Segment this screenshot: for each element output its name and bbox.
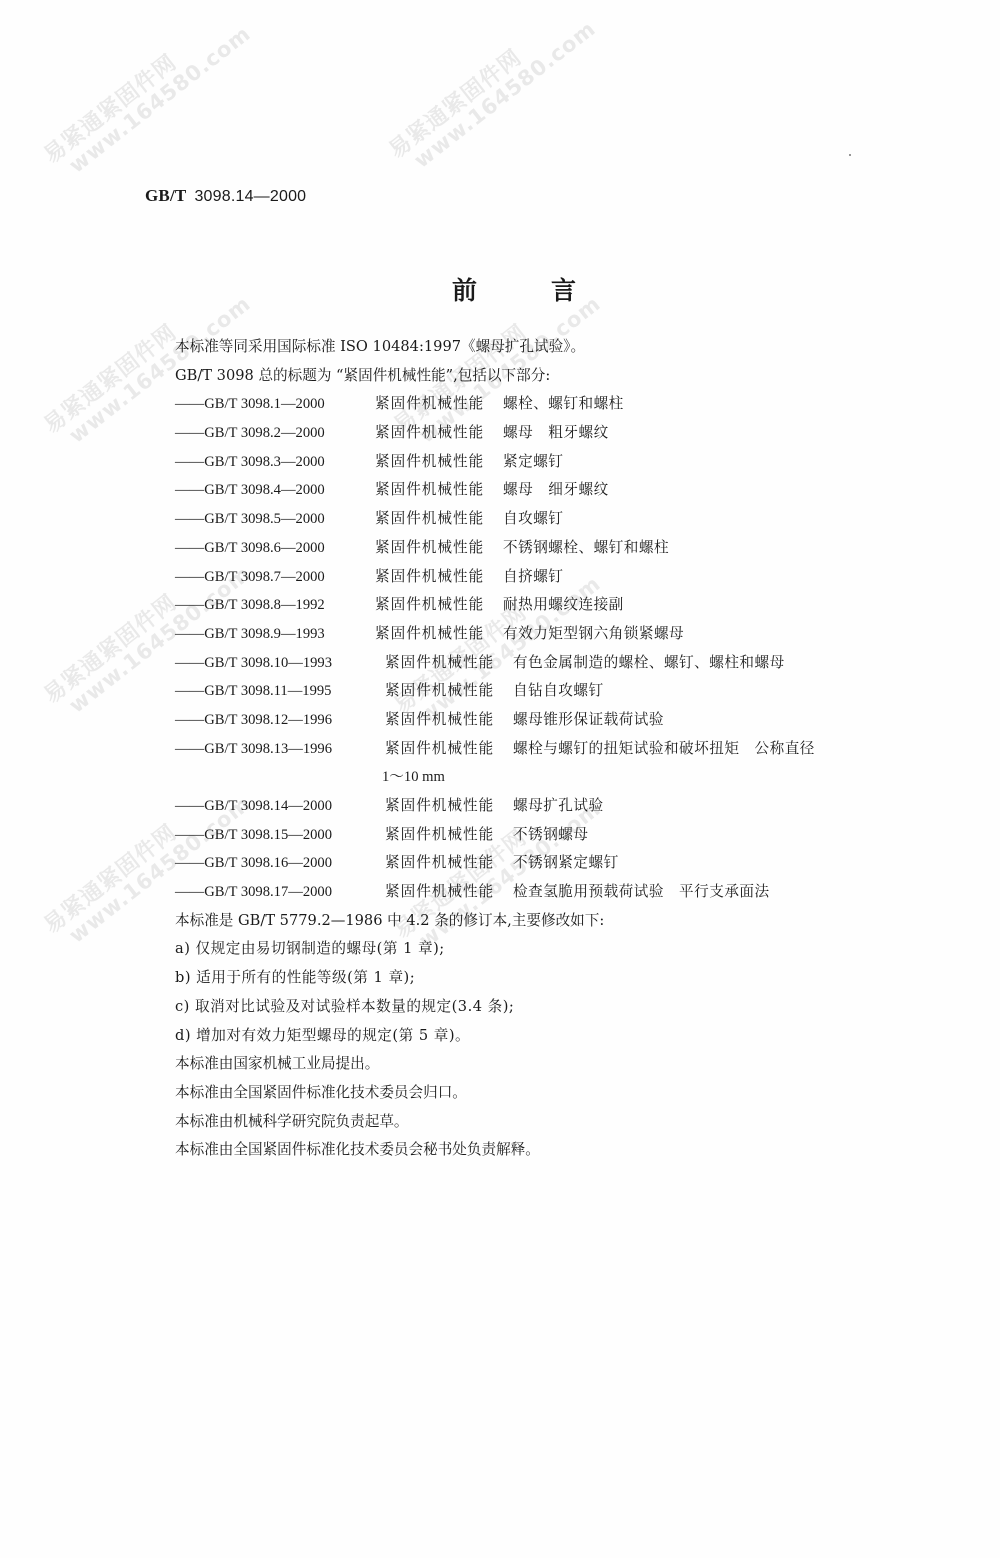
closing-line: 本标准由全国紧固件标准化技术委员会秘书处负责解释。 bbox=[175, 1136, 915, 1165]
revision-item: c) 取消对比试验及对试验样本数量的规定(3.4 条); bbox=[175, 993, 915, 1022]
parts-list: ——GB/T 3098.1—2000紧固件机械性能螺栓、螺钉和螺柱 ——GB/T… bbox=[175, 390, 915, 906]
scan-speck bbox=[849, 154, 851, 156]
list-item: ——GB/T 3098.10—1993紧固件机械性能有色金属制造的螺栓、螺钉、螺… bbox=[175, 649, 915, 678]
closing-line: 本标准由机械科学研究院负责起草。 bbox=[175, 1108, 915, 1137]
watermark: 易紧通紧固件网www.164580.com bbox=[40, 4, 255, 186]
list-item: ——GB/T 3098.12—1996紧固件机械性能螺母锥形保证载荷试验 bbox=[175, 706, 915, 735]
intro-line: GB/T 3098 总的标题为 “紧固件机械性能”,包括以下部分: bbox=[175, 362, 915, 391]
list-item: ——GB/T 3098.16—2000紧固件机械性能不锈钢紧定螺钉 bbox=[175, 849, 915, 878]
list-item: ——GB/T 3098.14—2000紧固件机械性能螺母扩孔试验 bbox=[175, 792, 915, 821]
document-body: 本标准等同采用国际标准 ISO 10484:1997《螺母扩孔试验》。 GB/T… bbox=[175, 333, 915, 1165]
list-item: ——GB/T 3098.8—1992紧固件机械性能耐热用螺纹连接副 bbox=[175, 591, 915, 620]
intro-line: 本标准等同采用国际标准 ISO 10484:1997《螺母扩孔试验》。 bbox=[175, 333, 915, 362]
revision-item: b) 适用于所有的性能等级(第 1 章); bbox=[175, 964, 915, 993]
list-item: ——GB/T 3098.11—1995紧固件机械性能自钻自攻螺钉 bbox=[175, 677, 915, 706]
revision-list: a) 仅规定由易切钢制造的螺母(第 1 章); b) 适用于所有的性能等级(第 … bbox=[175, 935, 915, 1050]
closing-statements: 本标准由国家机械工业局提出。 本标准由全国紧固件标准化技术委员会归口。 本标准由… bbox=[175, 1050, 915, 1165]
closing-line: 本标准由全国紧固件标准化技术委员会归口。 bbox=[175, 1079, 915, 1108]
list-item: ——GB/T 3098.15—2000紧固件机械性能不锈钢螺母 bbox=[175, 821, 915, 850]
list-item: ——GB/T 3098.3—2000紧固件机械性能紧定螺钉 bbox=[175, 448, 915, 477]
standard-number: 3098.14—2000 bbox=[194, 188, 306, 205]
revision-item: a) 仅规定由易切钢制造的螺母(第 1 章); bbox=[175, 935, 915, 964]
list-item: ——GB/T 3098.13—1996紧固件机械性能螺栓与螺钉的扭矩试验和破坏扭… bbox=[175, 735, 915, 764]
watermark: 易紧通紧固件网www.164580.com bbox=[385, 0, 600, 181]
closing-line: 本标准由国家机械工业局提出。 bbox=[175, 1050, 915, 1079]
list-item: ——GB/T 3098.7—2000紧固件机械性能自挤螺钉 bbox=[175, 563, 915, 592]
list-item: ——GB/T 3098.2—2000紧固件机械性能螺母 粗牙螺纹 bbox=[175, 419, 915, 448]
list-item: ——GB/T 3098.4—2000紧固件机械性能螺母 细牙螺纹 bbox=[175, 476, 915, 505]
standard-prefix: GB/T bbox=[145, 186, 186, 205]
list-item-continuation: 1～10 mm bbox=[175, 763, 915, 792]
revision-item: d) 增加对有效力矩型螺母的规定(第 5 章)。 bbox=[175, 1022, 915, 1051]
document-page: 易紧通紧固件网www.164580.com 易紧通紧固件网www.164580.… bbox=[0, 0, 1000, 1558]
list-item: ——GB/T 3098.5—2000紧固件机械性能自攻螺钉 bbox=[175, 505, 915, 534]
list-item: ——GB/T 3098.1—2000紧固件机械性能螺栓、螺钉和螺柱 bbox=[175, 390, 915, 419]
list-item: ——GB/T 3098.6—2000紧固件机械性能不锈钢螺栓、螺钉和螺柱 bbox=[175, 534, 915, 563]
page-title: 前言 bbox=[452, 271, 576, 307]
revision-intro: 本标准是 GB/T 5779.2—1986 中 4.2 条的修订本,主要修改如下… bbox=[175, 907, 915, 936]
document-code: GB/T3098.14—2000 bbox=[145, 186, 306, 206]
list-item: ——GB/T 3098.9—1993紧固件机械性能有效力矩型钢六角锁紧螺母 bbox=[175, 620, 915, 649]
list-item: ——GB/T 3098.17—2000紧固件机械性能检查氢脆用预载荷试验 平行支… bbox=[175, 878, 915, 907]
